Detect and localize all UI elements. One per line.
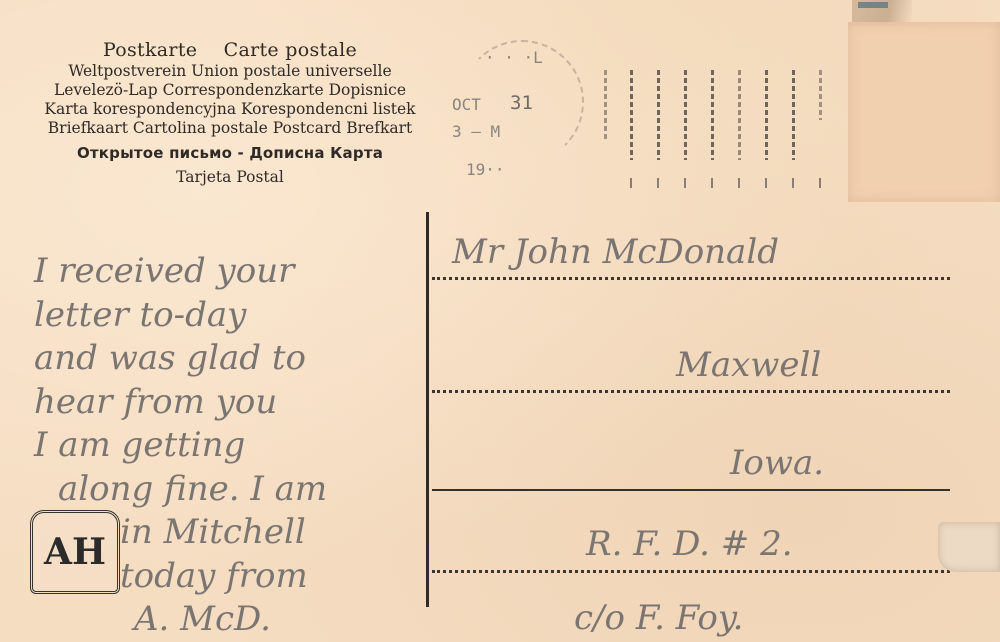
address-line-3 xyxy=(432,489,950,491)
header-line-2: Weltpostverein Union postale universelle xyxy=(20,62,440,81)
address-route: R. F. D. # 2. xyxy=(586,524,793,564)
postmark-town: · · ·L xyxy=(485,48,543,67)
postcard-back: Postkarte Carte postale Weltpostverein U… xyxy=(0,0,1000,642)
postmark-month: OCT xyxy=(452,95,481,114)
publisher-logo-ah: AH xyxy=(30,510,120,594)
header-line-cyrillic: Открытое письмо - Дописна Карта xyxy=(20,143,440,163)
header-title-de: Postkarte xyxy=(103,39,197,61)
header-title: Postkarte Carte postale xyxy=(20,38,440,62)
header-line-3: Levelezö-Lap Correspondenzkarte Dopisnic… xyxy=(20,81,440,100)
vertical-divider xyxy=(426,212,429,607)
message-line: along fine. I am xyxy=(34,468,327,512)
header-line-4: Karta korespondencyjna Korespondencni li… xyxy=(20,100,440,119)
postmark-day: 31 xyxy=(510,92,533,114)
message-line: hear from you xyxy=(34,381,327,425)
message-line: I received your xyxy=(34,250,327,294)
address-line-2 xyxy=(432,390,950,393)
cancellation-bars xyxy=(600,70,830,190)
address-name: Mr John McDonald xyxy=(452,232,779,272)
postmark: · · ·L OCT 31 3 — M 19·· xyxy=(440,40,585,190)
message-line: I am getting xyxy=(34,424,327,468)
address-state: Iowa. xyxy=(730,443,824,483)
message-line: and was glad to xyxy=(34,337,327,381)
message-line: letter to-day xyxy=(34,294,327,338)
postmark-time: 3 — M xyxy=(452,122,500,141)
postmark-year: 19·· xyxy=(466,160,505,179)
header-line-spanish: Tarjeta Postal xyxy=(20,167,440,187)
address-care-of: c/o F. Foy. xyxy=(574,598,743,638)
postcard-header: Postkarte Carte postale Weltpostverein U… xyxy=(20,38,440,187)
address-line-1 xyxy=(432,277,950,280)
stamp-removed-area xyxy=(848,22,1000,202)
address-line-4 xyxy=(432,570,950,573)
header-line-5: Briefkaart Cartolina postale Postcard Br… xyxy=(20,119,440,138)
stamp-fragment xyxy=(858,2,888,8)
message-signature: A. McD. xyxy=(34,598,327,642)
address-city: Maxwell xyxy=(676,345,821,385)
header-title-fr: Carte postale xyxy=(224,39,357,61)
paper-tear xyxy=(938,522,1000,572)
